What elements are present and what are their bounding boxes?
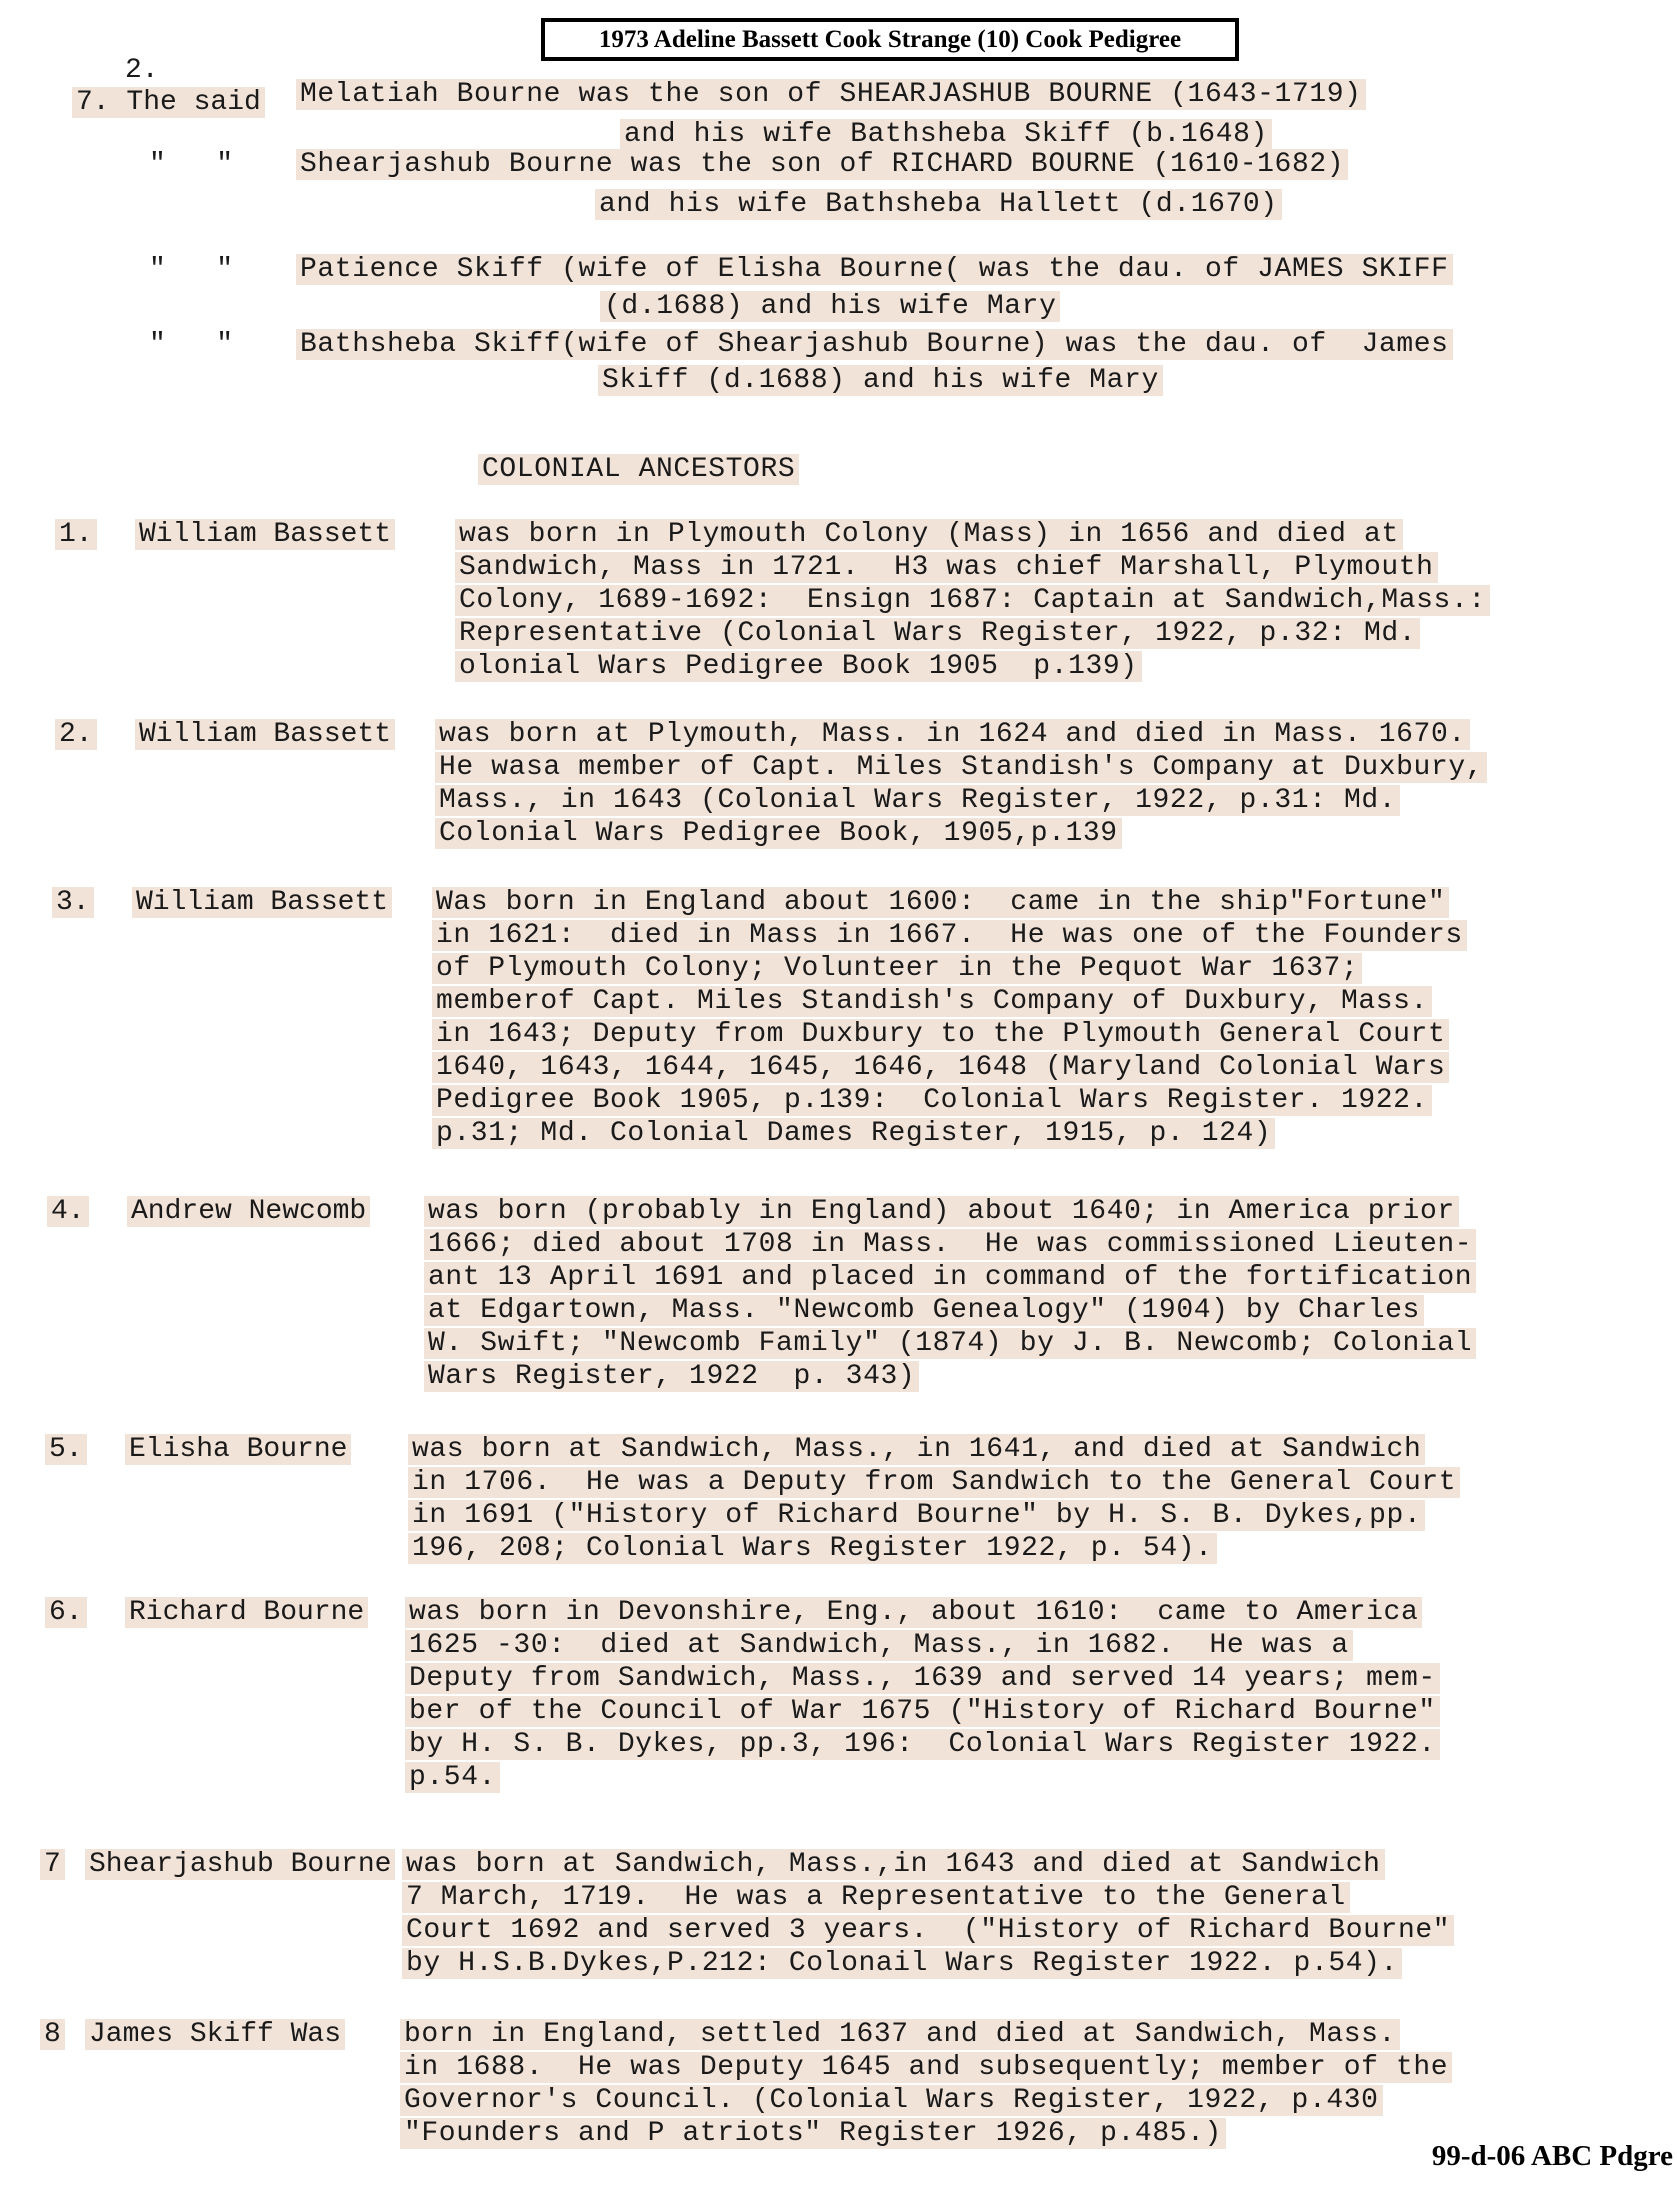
ancestor-name: Shearjashub Bourne — [85, 1850, 395, 1880]
ancestor-text-line: 196, 208; Colonial Wars Register 1922, p… — [408, 1534, 1217, 1564]
ancestor-text-line: Governor's Council. (Colonial Wars Regis… — [400, 2086, 1383, 2116]
ancestor-text-line: by H.S.B.Dykes,P.212: Colonail Wars Regi… — [402, 1949, 1402, 1979]
ancestor-text-line: at Edgartown, Mass. "Newcomb Genealogy" … — [424, 1296, 1424, 1326]
ancestor-text-line: Pedigree Book 1905, p.139: Colonial Wars… — [432, 1086, 1432, 1116]
superscript-number: 2. — [125, 55, 159, 86]
ancestor-text-line: "Founders and P atriots" Register 1926, … — [400, 2119, 1226, 2149]
ancestor-number: 1. — [55, 520, 97, 550]
lineage-line: Patience Skiff (wife of Elisha Bourne( w… — [296, 255, 1453, 285]
ditto-marks: " " — [145, 330, 237, 360]
ancestor-number: 5. — [45, 1435, 87, 1465]
ancestor-text-line: Colonial Wars Pedigree Book, 1905,p.139 — [435, 819, 1122, 849]
ancestor-text-line: ber of the Council of War 1675 ("History… — [405, 1697, 1440, 1727]
ancestor-text-line: p.54. — [405, 1763, 500, 1793]
ancestor-name: Elisha Bourne — [125, 1435, 351, 1465]
ancestor-number: 3. — [52, 888, 94, 918]
ancestor-number: 7 — [40, 1850, 65, 1880]
lineage-line: Bathsheba Skiff(wife of Shearjashub Bour… — [296, 330, 1453, 360]
ancestor-text-line: W. Swift; "Newcomb Family" (1874) by J. … — [424, 1329, 1476, 1359]
lineage-number: 7. The said — [72, 88, 265, 118]
ancestor-text-line: Was born in England about 1600: came in … — [432, 888, 1449, 918]
ancestor-name: William Bassett — [132, 888, 392, 918]
ditto-marks: " " — [145, 150, 237, 180]
ancestor-number: 8 — [40, 2020, 65, 2050]
ancestor-text-line: Court 1692 and served 3 years. ("History… — [402, 1916, 1454, 1946]
ancestor-text-line: 1640, 1643, 1644, 1645, 1646, 1648 (Mary… — [432, 1053, 1449, 1083]
ancestor-text-line: olonial Wars Pedigree Book 1905 p.139) — [455, 652, 1142, 682]
ancestor-text-line: He wasa member of Capt. Miles Standish's… — [435, 753, 1487, 783]
ancestor-text-line: was born in Plymouth Colony (Mass) in 16… — [455, 520, 1403, 550]
ancestor-text-line: was born at Sandwich, Mass.,in 1643 and … — [402, 1850, 1385, 1880]
ancestor-number: 2. — [55, 720, 97, 750]
ancestor-text-line: in 1688. He was Deputy 1645 and subseque… — [400, 2053, 1452, 2083]
ancestor-text-line: by H. S. B. Dykes, pp.3, 196: Colonial W… — [405, 1730, 1440, 1760]
ancestor-text-line: of Plymouth Colony; Volunteer in the Peq… — [432, 954, 1362, 984]
ancestor-name: William Bassett — [135, 520, 395, 550]
document-title: 1973 Adeline Bassett Cook Strange (10) C… — [541, 18, 1239, 61]
lineage-line: and his wife Bathsheba Skiff (b.1648) — [620, 120, 1272, 150]
ancestor-text-line: Sandwich, Mass in 1721. H3 was chief Mar… — [455, 553, 1438, 583]
ancestor-number: 6. — [45, 1598, 87, 1628]
lineage-line: (d.1688) and his wife Mary — [600, 292, 1060, 322]
ancestor-text-line: 1625 -30: died at Sandwich, Mass., in 16… — [405, 1631, 1353, 1661]
ancestor-text-line: p.31; Md. Colonial Dames Register, 1915,… — [432, 1119, 1275, 1149]
ancestor-text-line: in 1643; Deputy from Duxbury to the Plym… — [432, 1020, 1449, 1050]
ancestor-text-line: memberof Capt. Miles Standish's Company … — [432, 987, 1432, 1017]
ancestor-text-line: 7 March, 1719. He was a Representative t… — [402, 1883, 1350, 1913]
ditto-marks: " " — [145, 255, 237, 285]
ancestor-text-line: Representative (Colonial Wars Register, … — [455, 619, 1420, 649]
ancestor-text-line: was born (probably in England) about 164… — [424, 1197, 1459, 1227]
lineage-line: Melatiah Bourne was the son of SHEARJASH… — [296, 80, 1366, 110]
ancestor-text-line: in 1621: died in Mass in 1667. He was on… — [432, 921, 1467, 951]
ancestor-text-line: in 1691 ("History of Richard Bourne" by … — [408, 1501, 1425, 1531]
lineage-line: Shearjashub Bourne was the son of RICHAR… — [296, 150, 1348, 180]
ancestor-text-line: ant 13 April 1691 and placed in command … — [424, 1263, 1476, 1293]
ancestor-text-line: 1666; died about 1708 in Mass. He was co… — [424, 1230, 1476, 1260]
ancestor-text-line: Deputy from Sandwich, Mass., 1639 and se… — [405, 1664, 1440, 1694]
ancestor-text-line: was born in Devonshire, Eng., about 1610… — [405, 1598, 1422, 1628]
ancestor-text-line: Wars Register, 1922 p. 343) — [424, 1362, 919, 1392]
ancestor-text-line: was born at Sandwich, Mass., in 1641, an… — [408, 1435, 1425, 1465]
footer-code: 99-d-06 ABC Pdgre — [1432, 2140, 1673, 2173]
ancestor-text-line: born in England, settled 1637 and died a… — [400, 2020, 1400, 2050]
ancestor-text-line: Colony, 1689-1692: Ensign 1687: Captain … — [455, 586, 1490, 616]
ancestor-name: William Bassett — [135, 720, 395, 750]
ancestor-name: James Skiff Was — [85, 2020, 345, 2050]
section-title: COLONIAL ANCESTORS — [478, 455, 799, 485]
ancestor-name: Andrew Newcomb — [127, 1197, 370, 1227]
lineage-line: Skiff (d.1688) and his wife Mary — [598, 366, 1163, 396]
lineage-line: and his wife Bathsheba Hallett (d.1670) — [595, 190, 1282, 220]
ancestor-name: Richard Bourne — [125, 1598, 368, 1628]
ancestor-text-line: was born at Plymouth, Mass. in 1624 and … — [435, 720, 1470, 750]
ancestor-text-line: Mass., in 1643 (Colonial Wars Register, … — [435, 786, 1400, 816]
ancestor-number: 4. — [47, 1197, 89, 1227]
ancestor-text-line: in 1706. He was a Deputy from Sandwich t… — [408, 1468, 1460, 1498]
